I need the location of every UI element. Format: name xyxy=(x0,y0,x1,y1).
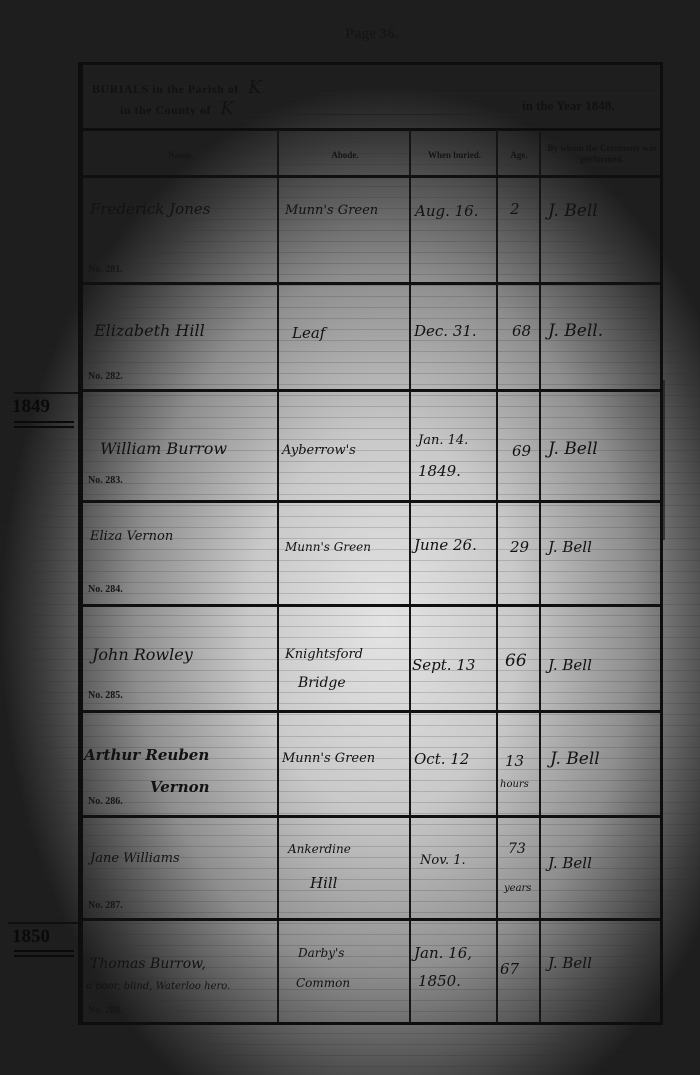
entry-name: John Rowley xyxy=(92,646,193,664)
row-divider xyxy=(83,918,660,921)
year-top-rule xyxy=(8,922,78,924)
entry-age: 29 xyxy=(510,538,529,556)
entry-name: Frederick Jones xyxy=(90,200,210,218)
entry-name-note: a poor, blind, Waterloo hero. xyxy=(86,978,276,996)
column-header-name: Name. xyxy=(83,150,278,161)
title-parish-label: BURIALS in the Parish of xyxy=(92,82,239,96)
entry-when-buried: Aug. 16. xyxy=(415,202,479,220)
column-header-age: Age. xyxy=(498,150,540,161)
entry-number: No. 287. xyxy=(88,900,123,911)
entry-age: 69 xyxy=(512,442,531,460)
row-divider xyxy=(83,175,660,178)
entry-when-buried: Jan. 14. xyxy=(418,432,468,450)
entry-officiant: J. Bell xyxy=(550,750,600,768)
title-parish: BURIALS in the Parish of K xyxy=(92,77,262,98)
entry-number: No. 283. xyxy=(88,475,123,486)
county-underline xyxy=(250,114,518,115)
entry-name: Jane Williams xyxy=(90,850,180,868)
entry-officiant: J. Bell xyxy=(548,656,592,674)
entry-name: William Burrow xyxy=(100,440,227,458)
title-year: in the Year 1848. xyxy=(522,98,614,114)
entry-name-line2: Vernon xyxy=(150,778,210,796)
column-divider xyxy=(277,130,279,1023)
year-top-rule xyxy=(14,392,78,394)
year-underline xyxy=(14,955,74,957)
entry-officiant: J. Bell xyxy=(548,854,592,872)
entry-when-buried: Sept. 13 xyxy=(412,656,475,674)
entry-name: Eliza Vernon xyxy=(90,528,173,546)
entry-age: 13 xyxy=(505,752,524,770)
entry-when-buried: Jan. 16, xyxy=(414,944,472,962)
row-divider xyxy=(83,389,660,392)
entry-abode: Knightsford xyxy=(285,646,363,664)
column-divider xyxy=(409,130,411,1023)
entry-officiant: J. Bell. xyxy=(548,322,603,340)
entry-age-note: hours xyxy=(500,776,529,794)
entry-officiant: J. Bell xyxy=(548,538,592,556)
page-edge-line xyxy=(663,380,665,540)
entry-age: 68 xyxy=(512,322,531,340)
entry-abode: Munn's Green xyxy=(285,538,371,556)
entry-when-buried: June 26. xyxy=(414,536,477,554)
entry-number: No. 288. xyxy=(88,1005,123,1016)
entry-abode: Leaf xyxy=(292,324,325,342)
column-header-when-buried: When buried. xyxy=(412,150,497,161)
entry-abode: Munn's Green xyxy=(282,750,375,768)
page-number: Page 36. xyxy=(345,26,398,43)
entry-age: 67 xyxy=(500,960,519,978)
year-underline xyxy=(14,950,74,952)
entry-number: No. 285. xyxy=(88,690,123,701)
entry-when-buried-year: 1849. xyxy=(418,462,461,480)
entry-officiant: J. Bell xyxy=(548,440,598,458)
entry-name: Arthur Reuben xyxy=(84,746,209,764)
entry-name: Elizabeth Hill xyxy=(94,322,205,340)
row-divider xyxy=(83,604,660,607)
entry-number: No. 281. xyxy=(88,264,123,275)
entry-abode-line2: Hill xyxy=(310,874,337,892)
parish-handwritten: K xyxy=(248,77,262,98)
column-divider xyxy=(496,130,498,1023)
entry-abode: Darby's xyxy=(298,944,344,962)
entry-abode-line2: Bridge xyxy=(298,674,346,692)
year-underline xyxy=(14,426,74,428)
entry-age: 2 xyxy=(510,200,520,218)
entry-number: No. 282. xyxy=(88,371,123,382)
row-divider xyxy=(83,815,660,818)
title-county-label: in the County of xyxy=(120,103,211,117)
entry-name: Thomas Burrow, xyxy=(90,955,206,973)
title-county: in the County of K xyxy=(120,98,234,119)
row-divider xyxy=(83,710,660,713)
row-divider xyxy=(83,500,660,503)
entry-when-buried: Oct. 12 xyxy=(414,750,469,768)
year-marker-1849: 1849 xyxy=(12,396,50,418)
column-header-officiant: By whom the Ceremony was performed. xyxy=(542,143,662,165)
entry-age: 66 xyxy=(505,652,527,670)
entry-when-buried: Nov. 1. xyxy=(420,852,466,870)
entry-when-buried-year: 1850. xyxy=(418,972,461,990)
entry-abode: Ayberrow's xyxy=(282,442,356,460)
entry-abode-line2: Common xyxy=(296,974,350,992)
entry-age-note: years xyxy=(504,880,531,898)
entry-abode: Ankerdine xyxy=(288,840,351,858)
entry-abode: Munn's Green xyxy=(285,202,378,220)
year-underline xyxy=(14,421,74,423)
entry-number: No. 286. xyxy=(88,796,123,807)
column-divider xyxy=(539,130,541,1023)
row-divider xyxy=(83,282,660,285)
parish-underline xyxy=(318,93,660,94)
entry-age: 73 xyxy=(508,840,526,858)
entry-officiant: J. Bell xyxy=(548,202,598,220)
county-handwritten: K xyxy=(221,98,235,119)
entry-officiant: J. Bell xyxy=(548,954,592,972)
margin-rule xyxy=(78,62,80,1025)
year-marker-1850: 1850 xyxy=(12,926,50,948)
entry-when-buried: Dec. 31. xyxy=(414,322,477,340)
header-rule xyxy=(83,128,660,131)
entry-number: No. 284. xyxy=(88,584,123,595)
column-header-abode: Abode. xyxy=(280,150,410,161)
